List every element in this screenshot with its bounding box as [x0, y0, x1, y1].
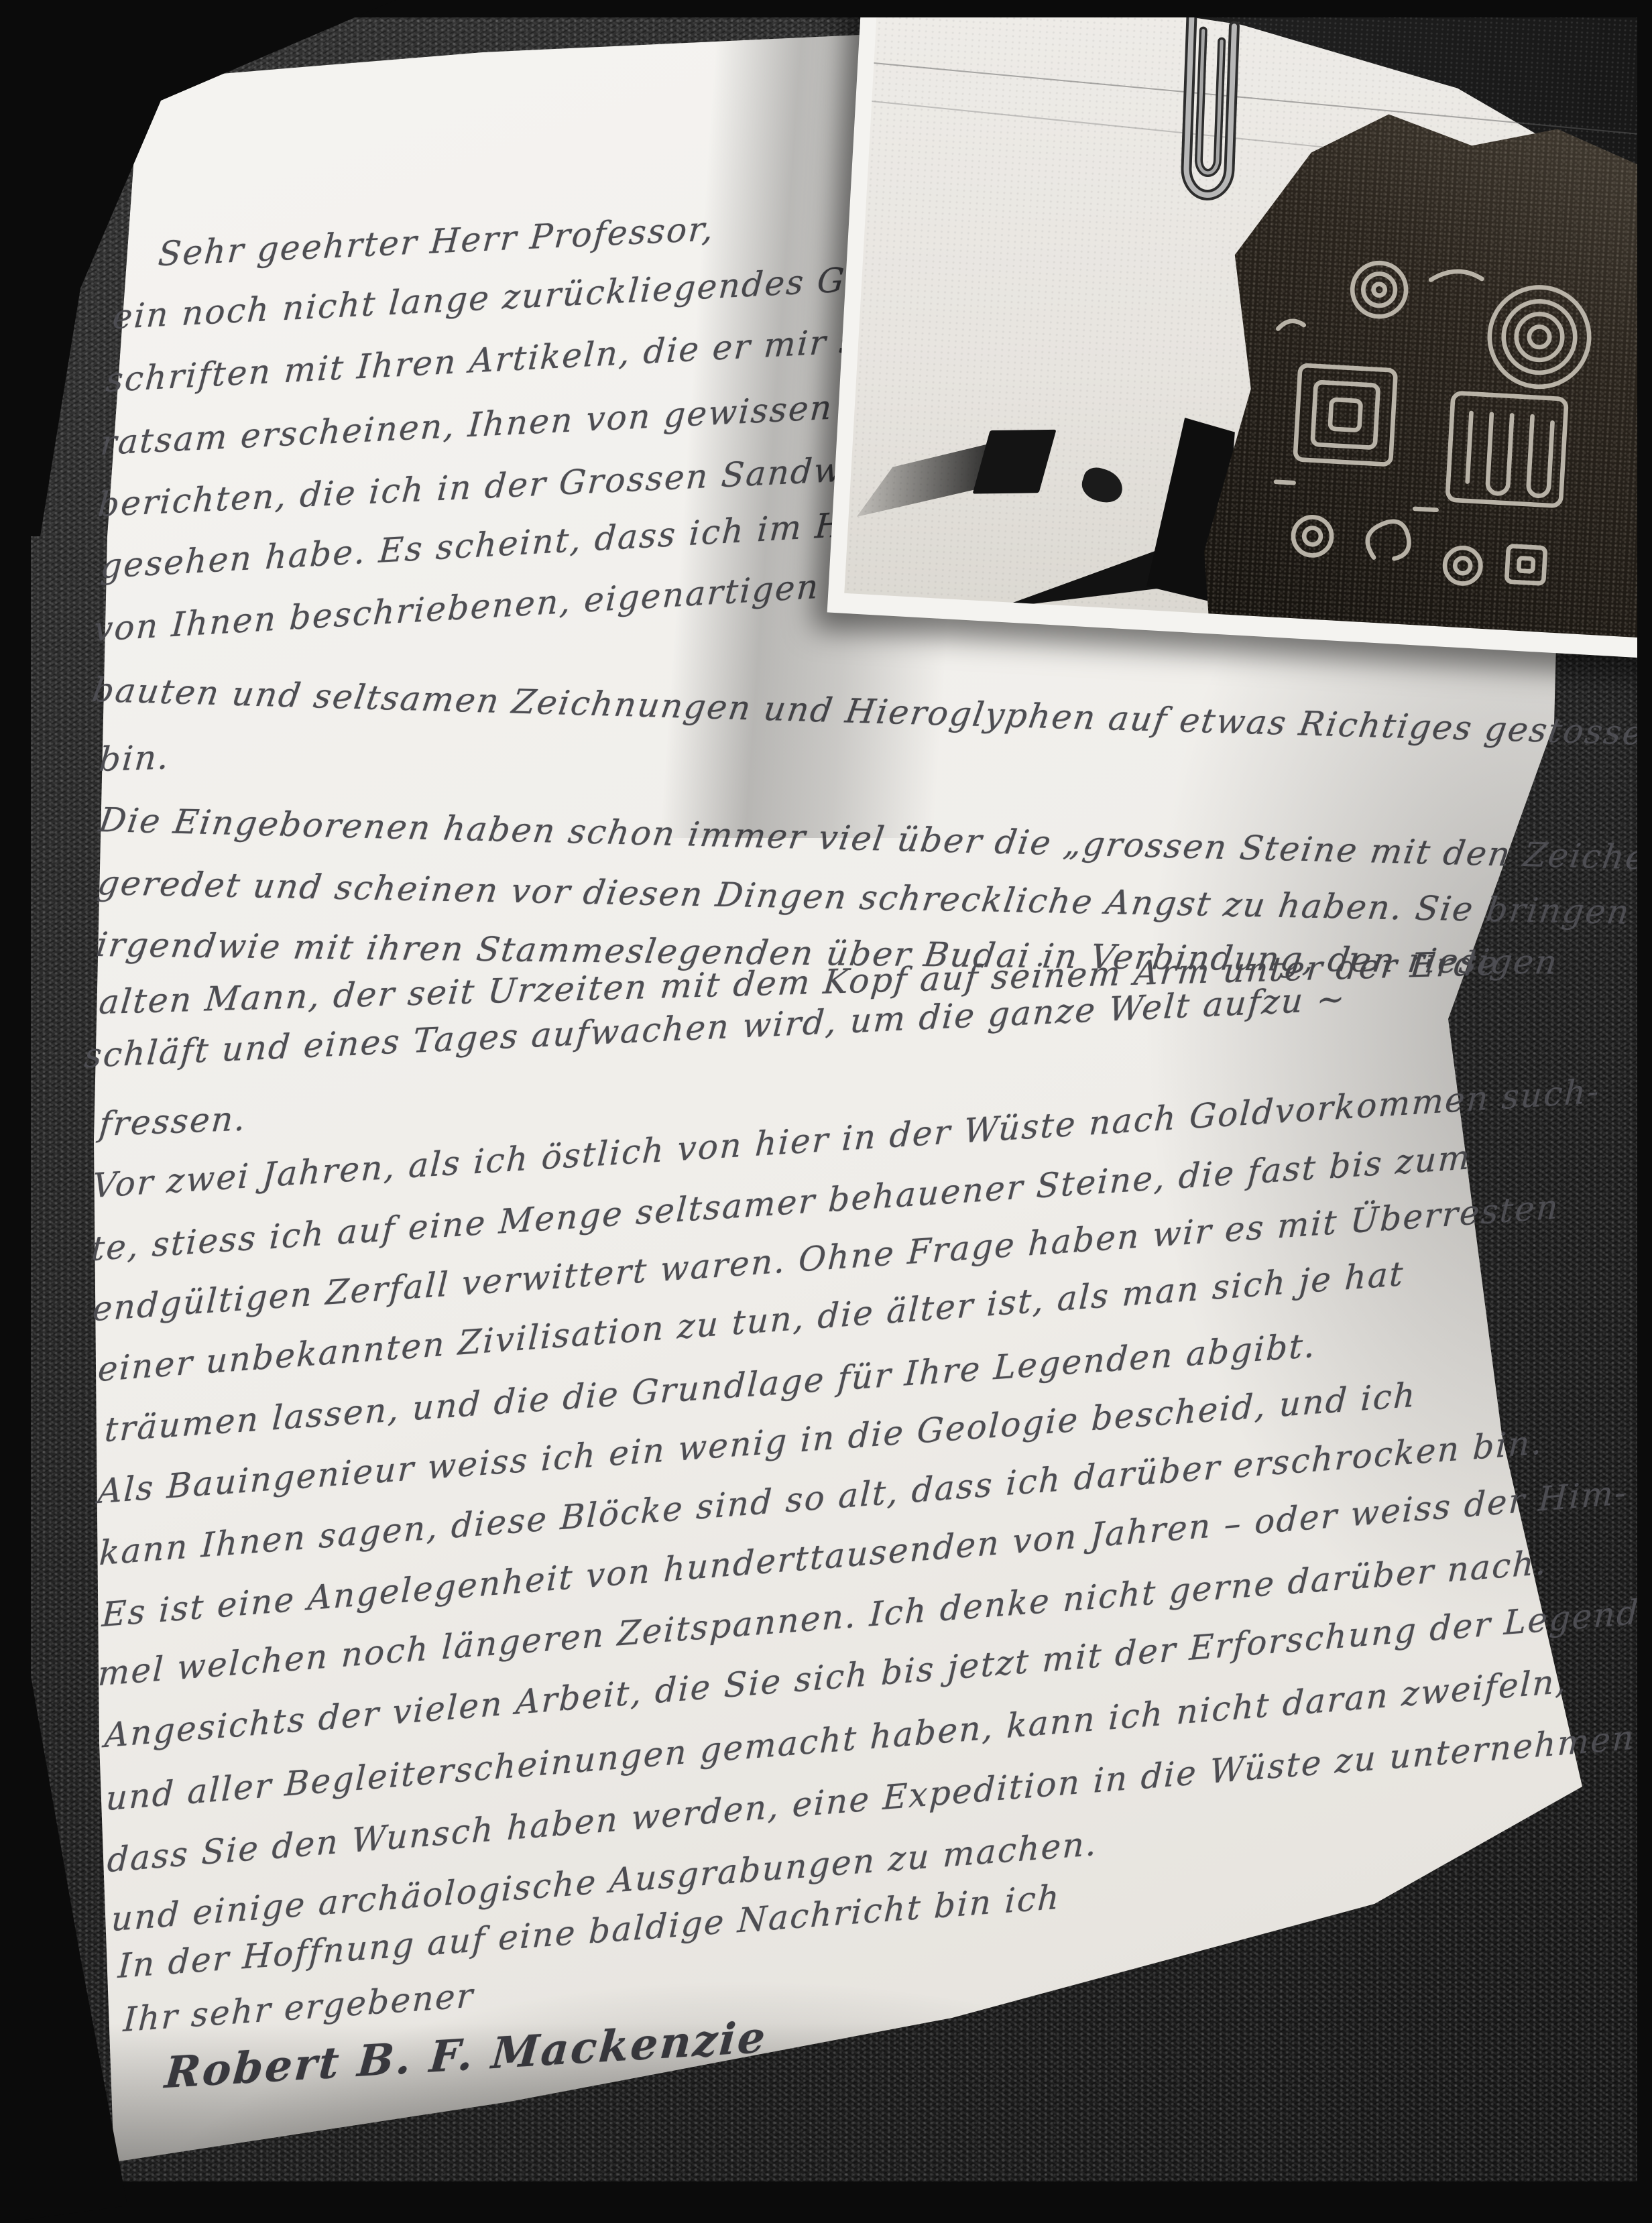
letter-line: bin.: [98, 739, 172, 778]
paperclip-icon: [1164, 9, 1252, 233]
letter-line: geredet und scheinen vor diesen Dingen s…: [95, 865, 1652, 933]
letter-line: Sehr geehrter Herr Professor,: [157, 211, 716, 273]
panel-border: [0, 2181, 1652, 2223]
letter-line: Ihr sehr ergebener: [123, 1977, 475, 2039]
carved-stone-block: [1078, 465, 1126, 507]
letter-line: fressen.: [98, 1100, 249, 1143]
carved-stone-block: [972, 430, 1056, 493]
letter-line: ratsam erscheinen, Ihnen von gewissen Di…: [99, 384, 934, 462]
panel-border: [1637, 0, 1652, 2223]
letter-line: Die Eingeborenen haben schon immer viel …: [97, 802, 1652, 878]
letter-line: bauten und seltsamen Zeichnungen und Hie…: [90, 672, 1652, 752]
spiral-glyphs-icon: [1250, 232, 1627, 610]
artwork-panel: Sehr geehrter Herr Professor,ein noch ni…: [0, 0, 1652, 2223]
